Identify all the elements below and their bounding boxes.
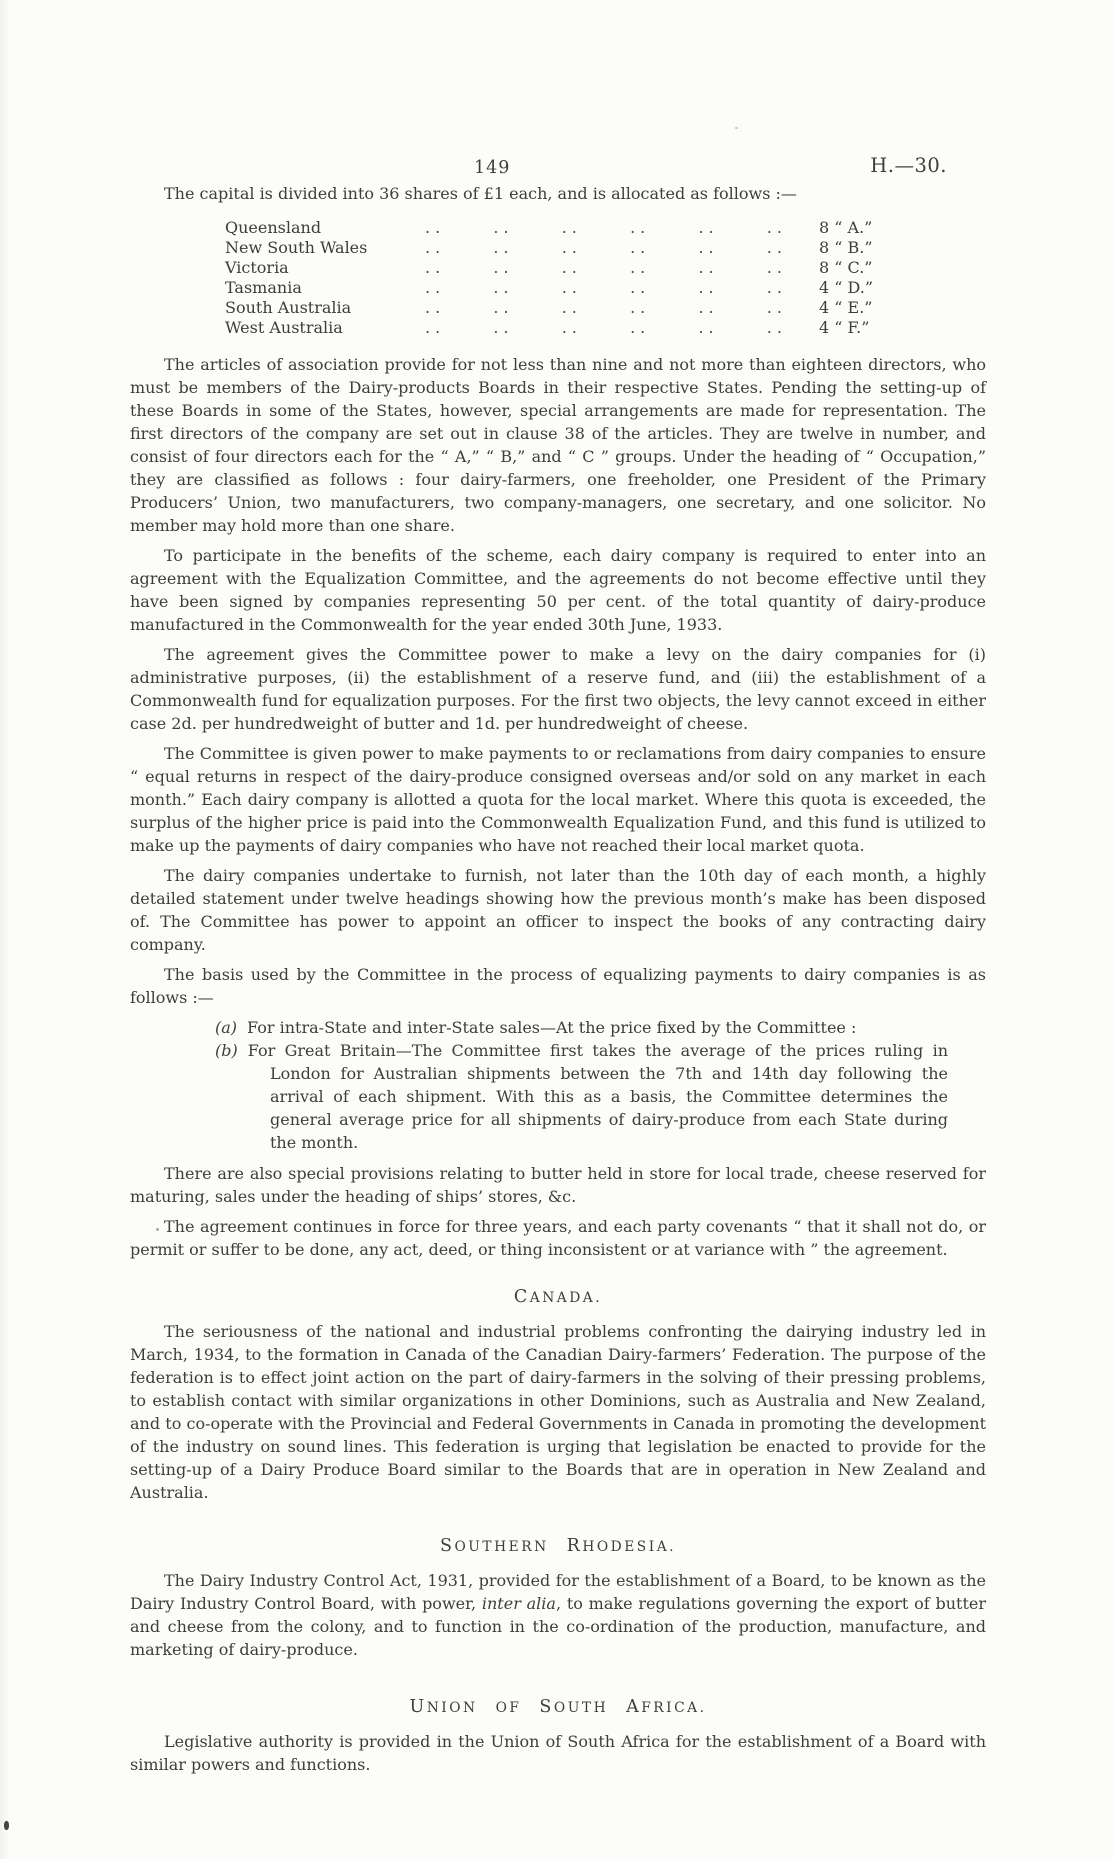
state-name: Victoria: [225, 258, 425, 278]
dot-leader: ............: [425, 318, 819, 338]
heading-word: CANADA.: [514, 1285, 602, 1310]
paragraph-capital-intro: The capital is divided into 36 shares of…: [130, 182, 986, 205]
state-name: Tasmania: [225, 278, 425, 298]
share-value: 4 “ D.”: [819, 278, 901, 298]
list-item-b: (b)For Great Britain—The Committee first…: [215, 1039, 948, 1154]
scan-artifact: [4, 1821, 9, 1830]
paragraph-monthly-statements: The dairy companies undertake to furnish…: [130, 864, 986, 956]
page-number: 149: [474, 158, 510, 178]
paragraph-participation: To participate in the benefits of the sc…: [130, 544, 986, 636]
dot-leader: ............: [425, 218, 819, 238]
list-item-a: (a)For intra-State and inter-State sales…: [215, 1016, 948, 1039]
share-value: 8 “ C.”: [819, 258, 901, 278]
dot-leader: ............: [425, 298, 819, 318]
paragraph-payments-reclamations: The Committee is given power to make pay…: [130, 742, 986, 857]
dot-leader: ............: [425, 278, 819, 298]
dot-leader: ............: [425, 238, 819, 258]
share-allocation-list: Queensland ............ 8 “ A.” New Sout…: [225, 218, 901, 338]
paragraph-basis-intro: The basis used by the Committee in the p…: [130, 963, 986, 1009]
document-page: 149 H.—30. The capital is divided into 3…: [0, 0, 1114, 1859]
state-name: New South Wales: [225, 238, 425, 258]
document-reference: H.—30.: [870, 154, 947, 177]
state-name: South Australia: [225, 298, 425, 318]
item-text: For Great Britain—The Committee first ta…: [248, 1041, 948, 1152]
section-heading-union-of-south-africa: UNION OF SOUTH AFRICA.: [130, 1695, 986, 1720]
state-name: Queensland: [225, 218, 425, 238]
share-value: 4 “ F.”: [819, 318, 901, 338]
heading-word: SOUTH: [539, 1695, 608, 1720]
allocation-row: West Australia ............ 4 “ F.”: [225, 318, 901, 338]
share-value: 8 “ A.”: [819, 218, 901, 238]
heading-word: AFRICA.: [626, 1695, 706, 1720]
share-value: 4 “ E.”: [819, 298, 901, 318]
allocation-row: Queensland ............ 8 “ A.”: [225, 218, 901, 238]
page-header: 149 H.—30.: [0, 0, 1114, 180]
dot-leader: ............: [425, 258, 819, 278]
page-content: The capital is divided into 36 shares of…: [130, 182, 986, 1776]
heading-word: OF: [496, 1695, 522, 1720]
basis-sub-list: (a)For intra-State and inter-State sales…: [215, 1016, 948, 1154]
share-value: 8 “ B.”: [819, 238, 901, 258]
paragraph-levy: The agreement gives the Committee power …: [130, 643, 986, 735]
allocation-row: New South Wales ............ 8 “ B.”: [225, 238, 901, 258]
paragraph-canada: The seriousness of the national and indu…: [130, 1320, 986, 1504]
state-name: West Australia: [225, 318, 425, 338]
italic-phrase: inter alia: [482, 1594, 556, 1613]
allocation-row: Victoria ............ 8 “ C.”: [225, 258, 901, 278]
item-label: (b): [215, 1041, 248, 1060]
heading-word: UNION: [409, 1695, 477, 1720]
heading-word: SOUTHERN: [440, 1534, 549, 1559]
item-text: For intra-State and inter-State sales—At…: [247, 1018, 856, 1037]
allocation-row: Tasmania ............ 4 “ D.”: [225, 278, 901, 298]
item-label: (a): [215, 1018, 247, 1037]
section-heading-southern-rhodesia: SOUTHERN RHODESIA.: [130, 1534, 986, 1559]
paragraph-union-of-south-africa: Legislative authority is provided in the…: [130, 1730, 986, 1776]
paragraph-agreement-duration: The agreement continues in force for thr…: [130, 1215, 986, 1261]
paragraph-articles-of-association: The articles of association provide for …: [130, 353, 986, 537]
allocation-row: South Australia ............ 4 “ E.”: [225, 298, 901, 318]
section-heading-canada: CANADA.: [130, 1285, 986, 1310]
paragraph-southern-rhodesia: The Dairy Industry Control Act, 1931, pr…: [130, 1569, 986, 1661]
paragraph-special-provisions: There are also special provisions relati…: [130, 1162, 986, 1208]
heading-word: RHODESIA.: [567, 1534, 676, 1559]
